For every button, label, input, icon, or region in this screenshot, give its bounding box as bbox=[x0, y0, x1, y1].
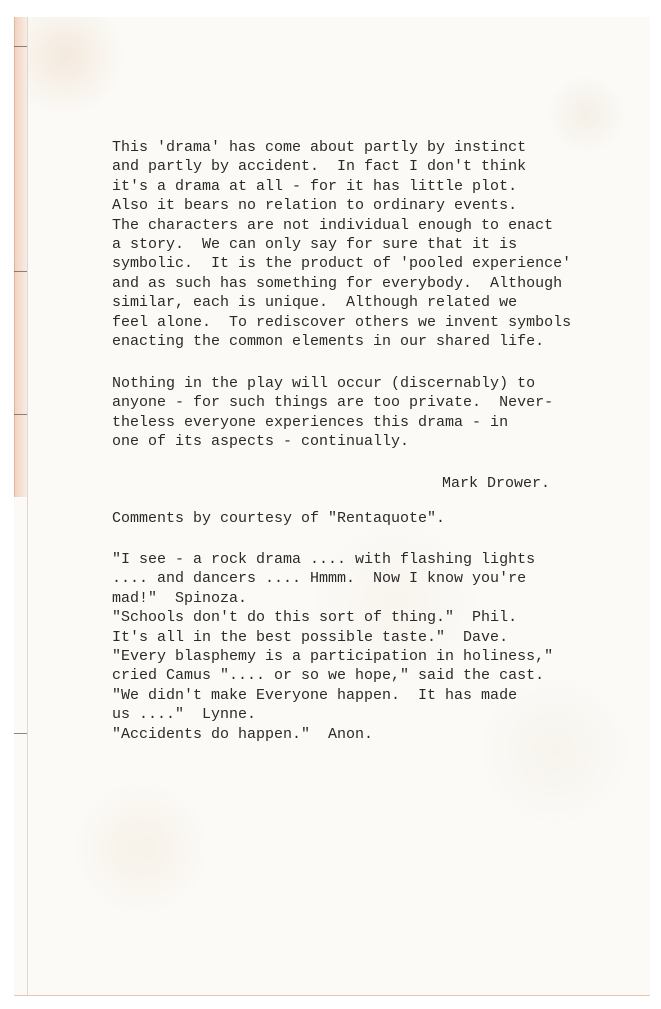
text-line: "I see - a rock drama .... with flashing… bbox=[112, 550, 553, 569]
author-signature: Mark Drower. bbox=[442, 474, 550, 493]
paper-edge-stain bbox=[14, 17, 27, 497]
paper-edge-mark bbox=[14, 46, 27, 47]
text-line: a story. We can only say for sure that i… bbox=[112, 235, 571, 254]
text-line: "Accidents do happen." Anon. bbox=[112, 725, 553, 744]
text-line: Also it bears no relation to ordinary ev… bbox=[112, 196, 571, 215]
text-line: .... and dancers .... Hmmm. Now I know y… bbox=[112, 569, 553, 588]
quotes-list: "I see - a rock drama .... with flashing… bbox=[112, 550, 553, 744]
text-line: feel alone. To rediscover others we inve… bbox=[112, 313, 571, 332]
text-line: The characters are not individual enough… bbox=[112, 216, 571, 235]
paper-fold-line bbox=[27, 17, 28, 995]
text-line: it's a drama at all - for it has little … bbox=[112, 177, 571, 196]
text-line: This 'drama' has come about partly by in… bbox=[112, 138, 571, 157]
text-line: cried Camus ".... or so we hope," said t… bbox=[112, 666, 553, 685]
text-line: mad!" Spinoza. bbox=[112, 589, 553, 608]
comments-heading: Comments by courtesy of "Rentaquote". bbox=[112, 509, 445, 528]
text-line: one of its aspects - continually. bbox=[112, 432, 553, 451]
text-line: similar, each is unique. Although relate… bbox=[112, 293, 571, 312]
text-line: "We didn't make Everyone happen. It has … bbox=[112, 686, 553, 705]
second-paragraph: Nothing in the play will occur (discerna… bbox=[112, 374, 553, 452]
text-line: us ...." Lynne. bbox=[112, 705, 553, 724]
text-line: "Every blasphemy is a participation in h… bbox=[112, 647, 553, 666]
text-line: anyone - for such things are too private… bbox=[112, 393, 553, 412]
text-line: enacting the common elements in our shar… bbox=[112, 332, 571, 351]
paper-edge-mark bbox=[14, 271, 27, 272]
text-line: and partly by accident. In fact I don't … bbox=[112, 157, 571, 176]
text-line: It's all in the best possible taste." Da… bbox=[112, 628, 553, 647]
paper-edge-mark bbox=[14, 733, 27, 734]
text-line: theless everyone experiences this drama … bbox=[112, 413, 553, 432]
text-line: symbolic. It is the product of 'pooled e… bbox=[112, 254, 571, 273]
text-line: "Schools don't do this sort of thing." P… bbox=[112, 608, 553, 627]
paper-edge-mark bbox=[14, 414, 27, 415]
intro-paragraph: This 'drama' has come about partly by in… bbox=[112, 138, 571, 351]
text-line: Nothing in the play will occur (discerna… bbox=[112, 374, 553, 393]
text-line: and as such has something for everybody.… bbox=[112, 274, 571, 293]
